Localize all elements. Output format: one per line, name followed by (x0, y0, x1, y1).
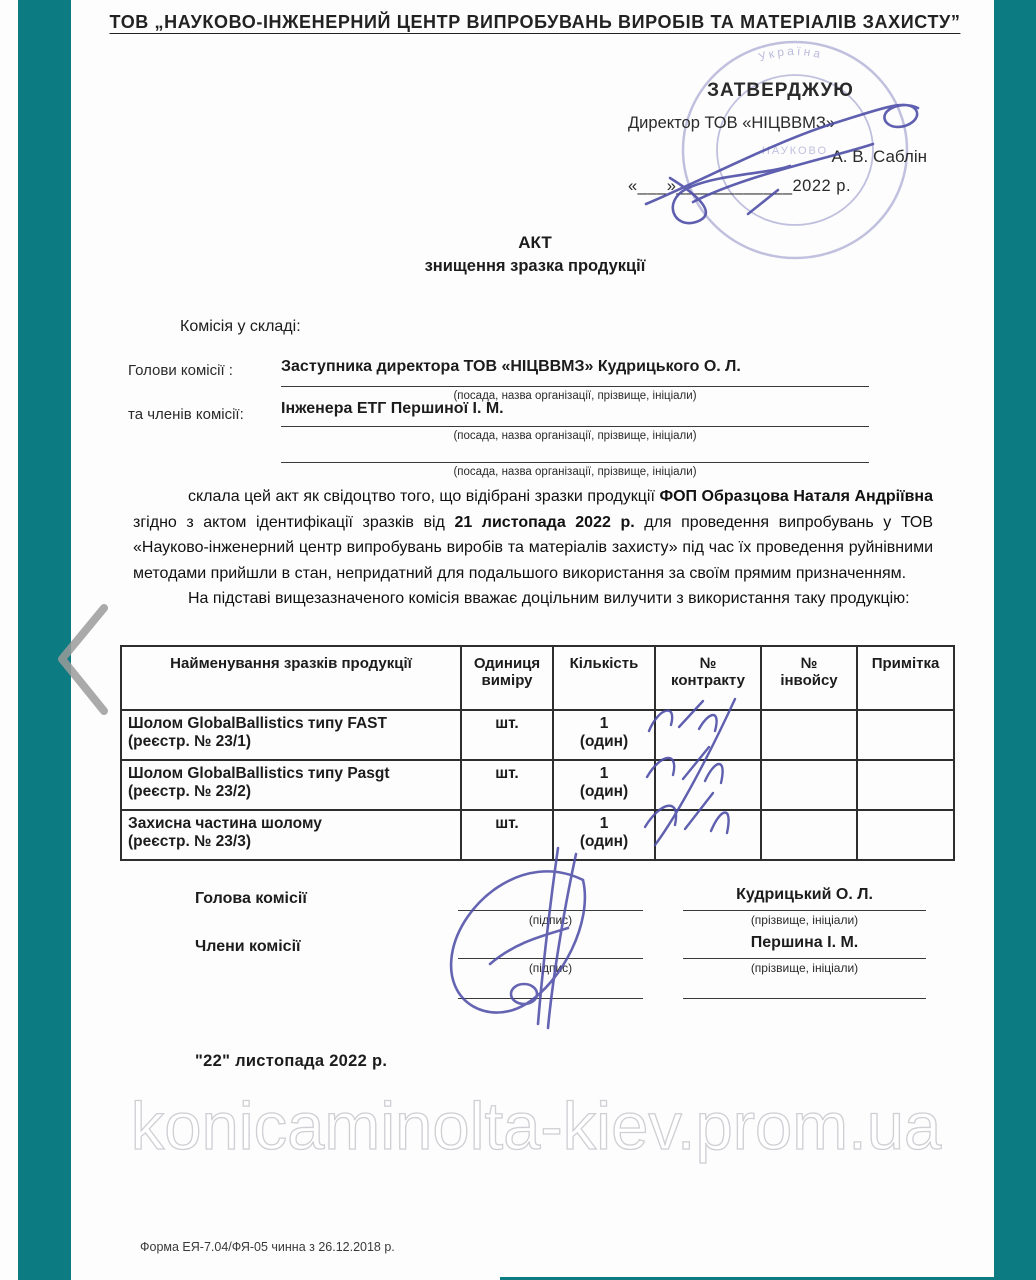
body-paragraph-1: склала цей акт як свідоцтво того, що від… (133, 484, 933, 586)
cell-unit: шт. (461, 710, 553, 760)
sig-caption: (підпис) (458, 961, 643, 975)
cell-qty: 1 (один) (553, 810, 655, 860)
org-header: ТОВ „НАУКОВО-ІНЖЕНЕРНИЙ ЦЕНТР ВИПРОБУВАН… (75, 12, 995, 33)
watermark-text: konicaminolta-kiev.prom.ua (60, 1088, 1012, 1165)
sig-line (683, 886, 926, 911)
cell-contract (655, 710, 761, 760)
doc-date: "22" листопада 2022 р. (195, 1052, 387, 1071)
body-text-run: склала цей акт як свідоцтво того, що від… (188, 488, 659, 505)
col-header-note: Примітка (857, 646, 954, 710)
cell-note (857, 710, 954, 760)
sig-caption: (прізвище, ініціали) (683, 961, 926, 975)
cell-contract (655, 760, 761, 810)
commission-row-value: Інженера ЕТГ Першиної І. М. (281, 400, 504, 417)
commission-row-line (281, 442, 869, 463)
cell-sample-name: Захисна частина шолому (реєстр. № 23/3) (121, 810, 461, 860)
doc-subtitle: знищення зразка продукції (75, 257, 995, 276)
stamp-arc-text: Україна (757, 44, 825, 64)
commission-row-label: та членів комісії: (128, 406, 283, 423)
cell-note (857, 760, 954, 810)
commission-row-caption: (посада, назва організації, прізвище, ін… (281, 430, 869, 442)
cell-sample-name: Шолом GlobalBallistics типу Pasgt (реєст… (121, 760, 461, 810)
sig-line (683, 978, 926, 999)
form-footer: Форма ЕЯ-7.04/ФЯ-05 чинна з 26.12.2018 р… (140, 1240, 395, 1254)
commission-row-line: Інженера ЕТГ Першиної І. М. (281, 400, 869, 427)
doc-title: АКТ (75, 233, 995, 253)
body-text-run-bold: 21 листопада 2022 р. (454, 514, 634, 531)
chevron-left-icon[interactable] (52, 602, 116, 717)
cell-unit: шт. (461, 760, 553, 810)
col-header-invoice: № інвойсу (761, 646, 857, 710)
body-text-run: згідно з актом ідентифікації зразків від (133, 514, 454, 531)
body-text: склала цей акт як свідоцтво того, що від… (133, 484, 933, 612)
col-header-qty: Кількість (553, 646, 655, 710)
commission-row-line: Заступника директора ТОВ «НІЦВВМЗ» Кудри… (281, 358, 869, 387)
approval-block: ЗАТВЕРДЖУЮ Директор ТОВ «НІЦВВМЗ» А. В. … (628, 80, 933, 196)
cell-qty: 1 (один) (553, 760, 655, 810)
table-row: Шолом GlobalBallistics типу FAST (реєстр… (121, 710, 954, 760)
body-text-run-bold: ФОП Образцова Наталя Андріївна (659, 488, 933, 505)
commission-row-value: Заступника директора ТОВ «НІЦВВМЗ» Кудри… (281, 358, 741, 375)
sig-line (683, 934, 926, 959)
cell-note (857, 810, 954, 860)
table-row: Захисна частина шолому (реєстр. № 23/3) … (121, 810, 954, 860)
col-header-contract: № контракту (655, 646, 761, 710)
sig-caption: (підпис) (458, 913, 643, 927)
approval-date-line: «___»____________2022 р. (628, 177, 933, 196)
sig-role: Члени комісії (195, 938, 301, 956)
sig-line (458, 938, 643, 959)
commission-intro: Комісія у складі: (180, 318, 301, 336)
commission-row-label: Голови комісії : (128, 362, 283, 379)
sig-role: Голова комісії (195, 890, 307, 908)
cell-invoice (761, 760, 857, 810)
cell-contract (655, 810, 761, 860)
approval-director-line: Директор ТОВ «НІЦВВМЗ» (628, 114, 933, 133)
cell-sample-name: Шолом GlobalBallistics типу FAST (реєстр… (121, 710, 461, 760)
scanned-document-page: ТОВ „НАУКОВО-ІНЖЕНЕРНИЙ ЦЕНТР ВИПРОБУВАН… (0, 0, 1036, 1280)
svg-text:Україна: Україна (757, 44, 825, 64)
cell-qty: 1 (один) (553, 710, 655, 760)
approval-director-name: А. В. Саблін (628, 147, 933, 167)
cell-invoice (761, 810, 857, 860)
table-row: Шолом GlobalBallistics типу Pasgt (реєст… (121, 760, 954, 810)
samples-table: Найменування зразків продукції Одиниця в… (120, 645, 955, 861)
col-header-unit: Одиниця виміру (461, 646, 553, 710)
approve-label: ЗАТВЕРДЖУЮ (628, 80, 933, 102)
cell-unit: шт. (461, 810, 553, 860)
sig-line (458, 890, 643, 911)
body-paragraph-2: На підставі вищезазначеного комісія вваж… (133, 586, 933, 612)
sig-line (458, 978, 643, 999)
col-header-name: Найменування зразків продукції (121, 646, 461, 710)
cell-invoice (761, 710, 857, 760)
table-header-row: Найменування зразків продукції Одиниця в… (121, 646, 954, 710)
commission-row-caption: (посада, назва організації, прізвище, ін… (281, 466, 869, 478)
sig-caption: (прізвище, ініціали) (683, 913, 926, 927)
